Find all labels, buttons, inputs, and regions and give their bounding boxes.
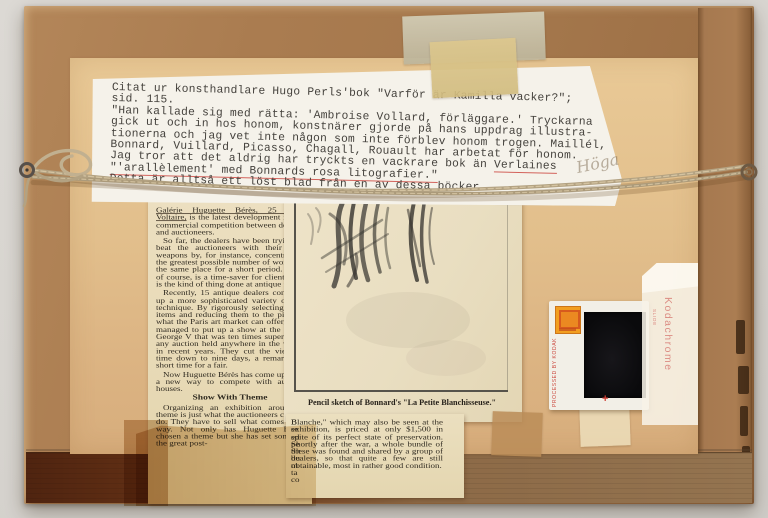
slide-type-label: SLIDE [652, 309, 657, 349]
stamp-text-bar [559, 328, 576, 331]
masking-tape-overlap [430, 38, 519, 98]
typed-note-text: Citat ur konsthandlare Hugo Perls'bok "V… [109, 83, 607, 198]
typed-provenance-note: Citat ur konsthandlare Hugo Perls'bok "V… [88, 66, 622, 206]
clipping-paragraph-4: Now Huguette Bérès has come up with a ne… [156, 371, 304, 393]
clipping-paragraph-3: Recently, 15 antique dealers conjured up… [156, 290, 304, 370]
kodak-processing-stamp [555, 306, 581, 334]
clipping-subheading: Show With Theme [156, 395, 304, 402]
kodachrome-slide-mount: PROCESSED BY KODAK + [549, 301, 649, 410]
red-underlined-word: Verlaines [494, 160, 557, 175]
tape-patch [579, 407, 630, 447]
sketch-newsprint-sheet: Pencil sketch of Bonnard's "La Petite Bl… [284, 196, 522, 422]
cardboard-tear [736, 320, 745, 354]
kodachrome-brand-label: Kodachrome [662, 297, 674, 423]
clipping-paragraph-2: So far, the dealers have been trying to … [156, 238, 304, 289]
tape-patch [491, 411, 543, 457]
slide-film-frame [584, 312, 646, 398]
glassine-slide-envelope: Kodachrome SLIDE [642, 263, 698, 425]
registration-plus-mark: + [602, 393, 608, 405]
cardboard-tear [740, 406, 748, 436]
processed-by-kodak-label: PROCESSED BY KODAK [552, 337, 558, 407]
sketch-caption: Pencil sketch of Bonnard's "La Petite Bl… [296, 398, 508, 407]
pencil-sketch-strokes [296, 198, 508, 390]
stamp-emblem [559, 310, 580, 329]
aged-tape-over-clipping [136, 424, 316, 506]
clipping-text-column: Galérie Huguette Bérès, 25 Quai Voltaire… [156, 207, 304, 449]
pencil-sketch-image [294, 198, 508, 392]
photo-of-frame-back: Galérie Huguette Bérès, 25 Quai Voltaire… [0, 0, 768, 518]
frame-right-edge [698, 8, 752, 502]
cardboard-tear [738, 366, 749, 394]
